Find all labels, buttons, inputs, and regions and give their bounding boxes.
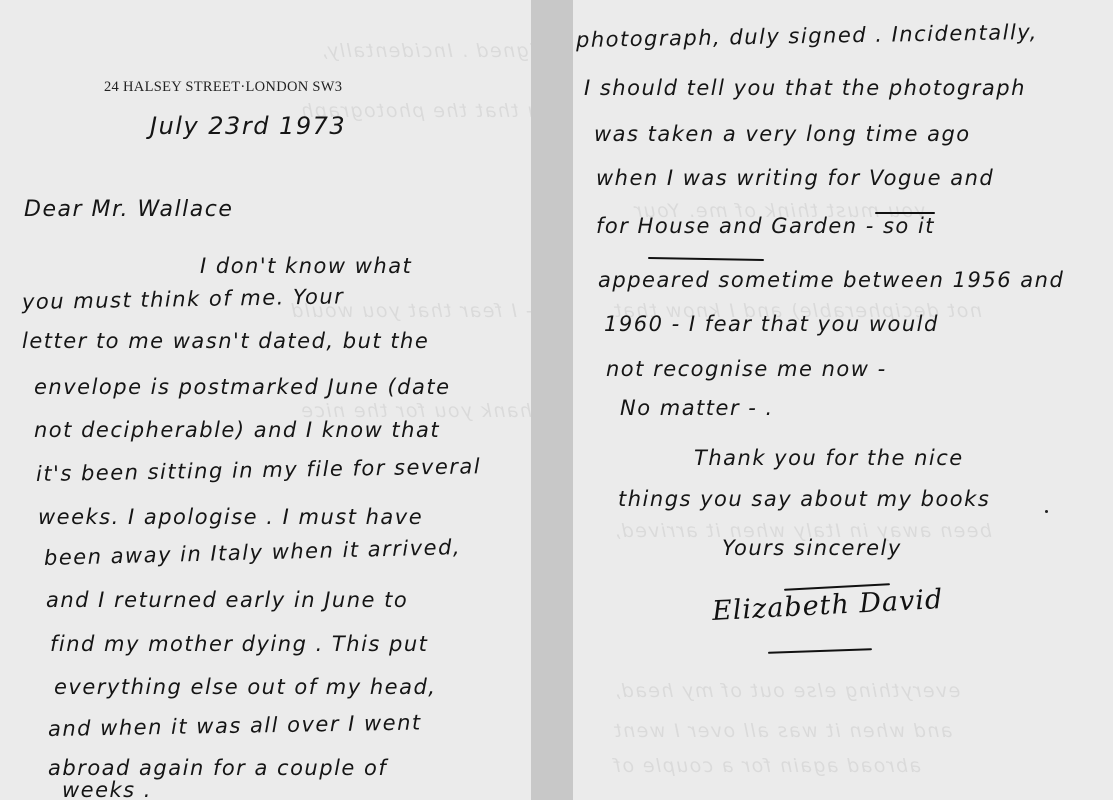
underline-vogue [875,212,935,214]
show-through-text: I should tell you that the photograph [300,100,531,122]
salutation: Dear Mr. Wallace [24,197,233,222]
body-line: been away in Italy when it arrived, [44,535,462,570]
body-line: not recognise me now - [606,357,887,381]
body-line: appeared sometime between 1956 and [598,268,1064,292]
letterhead-address: 24 HALSEY STREET·LONDON SW3 [104,79,342,96]
show-through-text: Thank you for the nice [300,400,531,422]
closing: Yours sincerely [722,536,902,560]
body-line: and when it was all over I went [48,710,422,741]
show-through-text: photograph, duly signed . Incidentally, [320,40,531,62]
body-line: I should tell you that the photograph [584,76,1026,100]
body-line: letter to me wasn't dated, but the [22,329,429,353]
body-line: weeks . [62,778,152,800]
body-line: for House and Garden - so it [596,214,935,238]
body-line: No matter - . [620,396,774,420]
letter-page-left: 24 HALSEY STREET·LONDON SW3 July 23rd 19… [0,0,531,800]
ink-dot [1045,510,1048,513]
show-through-text: 1960 - I fear that you would [290,300,531,322]
show-through-text: abroad again for a couple of [613,755,921,777]
body-line: I don't know what [200,254,412,278]
body-line: 1960 - I fear that you would [604,312,939,336]
body-line: when I was writing for Vogue and [596,166,994,190]
body-line: weeks. I apologise . I must have [38,505,423,529]
body-line: was taken a very long time ago [594,122,971,146]
show-through-text: and when it was all over I went [613,720,952,742]
body-line: abroad again for a couple of [48,756,387,780]
body-line: and I returned early in June to [46,588,408,612]
page-gutter [531,0,573,800]
body-line: find my mother dying . This put [50,632,428,656]
body-line: it's been sitting in my file for several [36,454,481,486]
show-through-text: everything else out of my head, [613,680,960,702]
body-line: everything else out of my head, [54,675,436,699]
body-line: envelope is postmarked June (date [34,375,451,399]
body-line: Thank you for the nice [694,446,964,470]
body-line: things you say about my books [618,487,990,511]
